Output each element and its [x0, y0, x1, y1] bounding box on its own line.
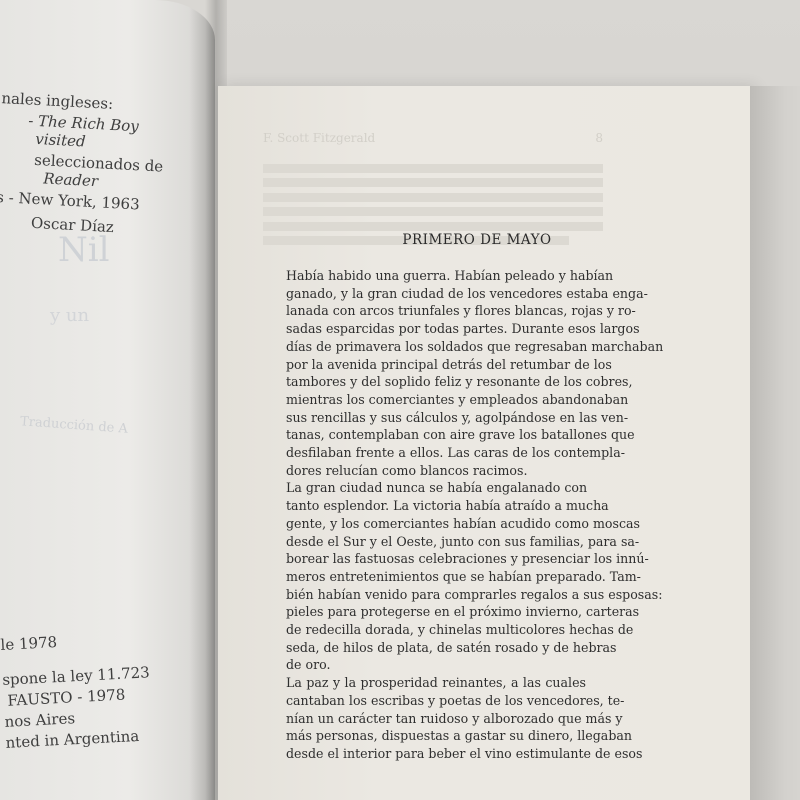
paragraph: La paz y la prosperidad reinantes, a las…	[256, 674, 586, 763]
edition-line: le 1978	[0, 627, 148, 656]
show-through-text: y un	[50, 305, 89, 326]
ghost-running-header: F. Scott Fitzgerald	[263, 131, 375, 146]
original-titles-block: nales ingleses: - The Rich Boy visited s…	[0, 88, 167, 241]
story-body: Había habido una guerra. Habían peleado …	[256, 267, 586, 763]
show-through-text: Traducción de A	[20, 414, 129, 436]
paragraph: Había habido una guerra. Habían peleado …	[256, 267, 586, 479]
page-stack-edge	[750, 86, 800, 800]
left-page: Nil y un Traducción de A nales ingleses:…	[0, 0, 215, 800]
ghost-page-number: 8	[595, 131, 603, 146]
right-page: F. Scott Fitzgerald 8 PRIMERO DE MAYO Ha…	[218, 86, 750, 800]
chapter-title: PRIMERO DE MAYO	[218, 232, 750, 248]
paragraph: La gran ciudad nunca se había engalanado…	[256, 479, 586, 674]
copyright-block: le 1978 spone la ley 11.723 FAUSTO - 197…	[0, 627, 154, 754]
